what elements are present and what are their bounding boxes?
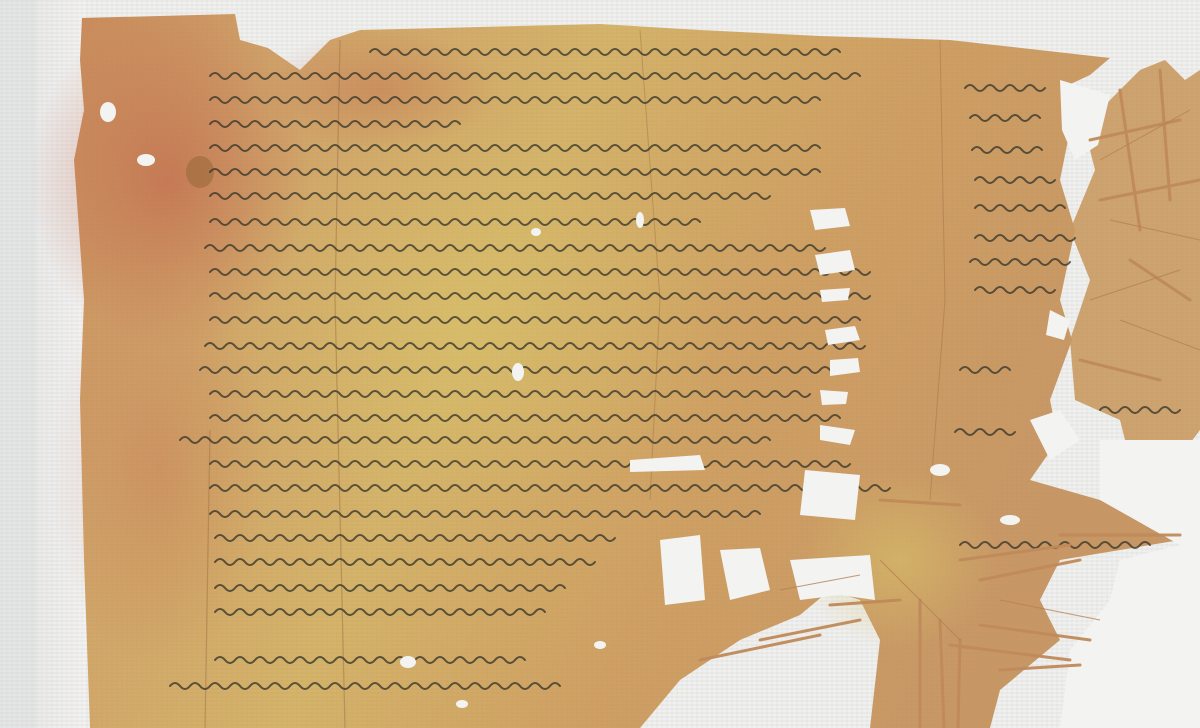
papyrus-fragment xyxy=(0,0,1200,728)
